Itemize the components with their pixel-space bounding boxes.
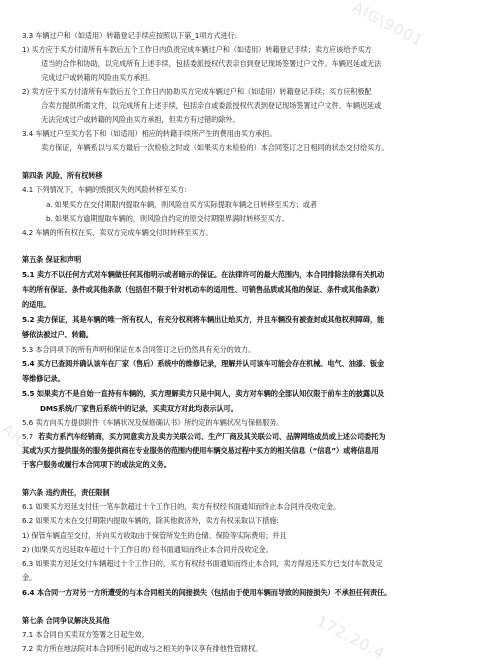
clause-5-1: 5.1 卖方不以任何方式对车辆做任何其他明示或者暗示的保证。在法律许可的最大范围… bbox=[22, 270, 384, 280]
watermark: 172.20.4 bbox=[314, 612, 388, 663]
clause-6-3: 6.3 如果卖方迟延交付车辆超过十个工作日的，买方有权经书面通知而终止本合同，卖… bbox=[22, 559, 383, 569]
clause-3-4: 3.4 车辆过户至买方名下和（如适用）相应的转籍手续所产生的费用由买方承担。 bbox=[22, 129, 276, 139]
clause-5-1: 车的所有保证、条件或其他条款（包括但不限于针对机动车的适用性、可销售品质或其他的… bbox=[22, 285, 383, 295]
clause-3-3-option-1: 完成过户或转籍的风险由买方承担。 bbox=[41, 73, 154, 83]
clause-5-4: 5.4 买方已查阅并确认该车在厂家（售后）系统中的维修记录，理解并认可该车可能会… bbox=[22, 359, 384, 369]
clause-3-3-option-1: 1) 买方应于买方付清所有车款后五个工作日内负责完成车辆过户和（如适用）转籍登记… bbox=[22, 45, 372, 55]
clause-3-4-warranty: 卖方保证，车辆系以与买方最后一次检验之时或（如果买方未检验的）本合同签订之日相同… bbox=[41, 143, 388, 153]
watermark: AIG\9001 bbox=[350, 0, 427, 50]
clause-4-1-a: a. 如果买方在交付期限内提取车辆，则风险自买方实际提取车辆之日转移至买方；或者 bbox=[46, 200, 317, 210]
clause-3-3-option-2: 2) 卖方应于买方付清所有车款后五个工作日内协助买方完成车辆过户和（如适用）转籍… bbox=[22, 87, 372, 97]
clause-5-2: 5.2 卖方保证，其是车辆的唯一所有权人，有充分权利将车辆出让给买方，并且车辆没… bbox=[22, 315, 384, 325]
clause-6-4: 6.4 本合同一方对另一方所遭受的与本合同相关的间接损失（包括由于使用车辆而导致… bbox=[22, 588, 391, 598]
clause-5-5: 5.5 如果卖方不是自始一直持有车辆的，买方理解卖方只是中间人，卖方对车辆的全部… bbox=[22, 389, 384, 399]
section-4-heading: 第四条 风险、所有权转移 bbox=[22, 171, 102, 181]
clause-3-3-option-2: 无法完成过户或转籍的风险由买方承担，但卖方有过错的除外。 bbox=[41, 115, 239, 125]
clause-4-1-b: b. 如果买方逾期提取车辆的，则风险自约定的原交付期限界满时转移至买方。 bbox=[46, 214, 289, 224]
clause-3-3-option-2: 合卖方提供所需文件，以完成所有上述手续，包括亲自或委派授权代表到登记现场签署过户… bbox=[41, 101, 381, 111]
section-7-heading: 第七条 合同争议解决及其他 bbox=[22, 616, 109, 626]
section-5-heading: 第五条 保证和声明 bbox=[22, 255, 81, 265]
clause-5-5: DMS系统/厂家售后系统中的记录，买卖双方对此均表示认可。 bbox=[40, 404, 238, 414]
clause-7-2: 7.2 卖方所在地法院对本合同所引起的或与之相关的争议享有排他性管辖权。 bbox=[22, 644, 262, 654]
clause-5-6: 5.6 卖方向买方提供附件《车辆状况及保修确认书》所约定的车辆状况与保修服务。 bbox=[22, 418, 283, 428]
clause-5-7-number: 5.7 bbox=[22, 432, 33, 442]
section-6-heading: 第六条 违约责任，责任限制 bbox=[22, 488, 109, 498]
contract-page: AIG\9001 172.20.4 AIG\900 3.3 车辆过户和（如适用）… bbox=[0, 0, 477, 667]
clause-7-1: 7.1 本合同自买卖双方签署之日起生效。 bbox=[22, 630, 149, 640]
clause-4-2: 4.2 车辆的所有权在买、卖双方完成车辆交付时转移至买方。 bbox=[22, 228, 213, 238]
clause-6-3: 金。 bbox=[22, 573, 36, 583]
clause-6-2-measure-2: 2) (如果买方迟延取车超过十个工作日的) 经书面通知而终止本合同并没收定金。 bbox=[22, 545, 273, 555]
clause-5-7: 其或为买方提供服务的服务提供商在专业服务的范围内使用车辆交易过程中买方的相关信息… bbox=[22, 446, 379, 456]
clause-5-7: 若卖方系汽车经销商，买方同意卖方及卖方关联公司、生产厂商及其关联公司、品牌网络成… bbox=[38, 432, 385, 442]
clause-5-1: 的适用。 bbox=[22, 300, 50, 310]
clause-4-1: 4.1 下列情况下，车辆的毁损灭失的风险转移至买方： bbox=[22, 185, 191, 195]
clause-5-2: 够依法被过户、转籍。 bbox=[22, 330, 93, 340]
clause-3-3: 3.3 车辆过户和（如适用）转籍登记手续应按照以下第_1项方式进行: bbox=[22, 31, 237, 41]
clause-5-4: 等维修记录。 bbox=[22, 374, 65, 384]
clause-6-1: 6.1 如果买方迟延支付任一笔车款超过十个工作日的，卖方有权经书面通知而终止本合… bbox=[22, 502, 340, 512]
clause-6-2: 6.2 如果买方未在交付期限内提取车辆的，除其他救济外，卖方有权采取以下措施: bbox=[22, 516, 279, 526]
clause-6-2-measure-1: 1) 保管车辆直至交付，并向买方收取由于保管所发生的仓储、保险等实际费用；并且 bbox=[22, 531, 287, 541]
clause-3-3-option-1: 适当的合作和协助，以完成所有上述手续，包括委派授权代表亲自到登记现场签署过户文件… bbox=[41, 59, 381, 69]
clause-5-3: 5.3 本合同项下的所有声明和保证在本合同签订之后仍然具有充分的效力。 bbox=[22, 345, 255, 355]
clause-5-7: 于客户服务或履行本合同项下的或法定的义务。 bbox=[22, 460, 171, 470]
